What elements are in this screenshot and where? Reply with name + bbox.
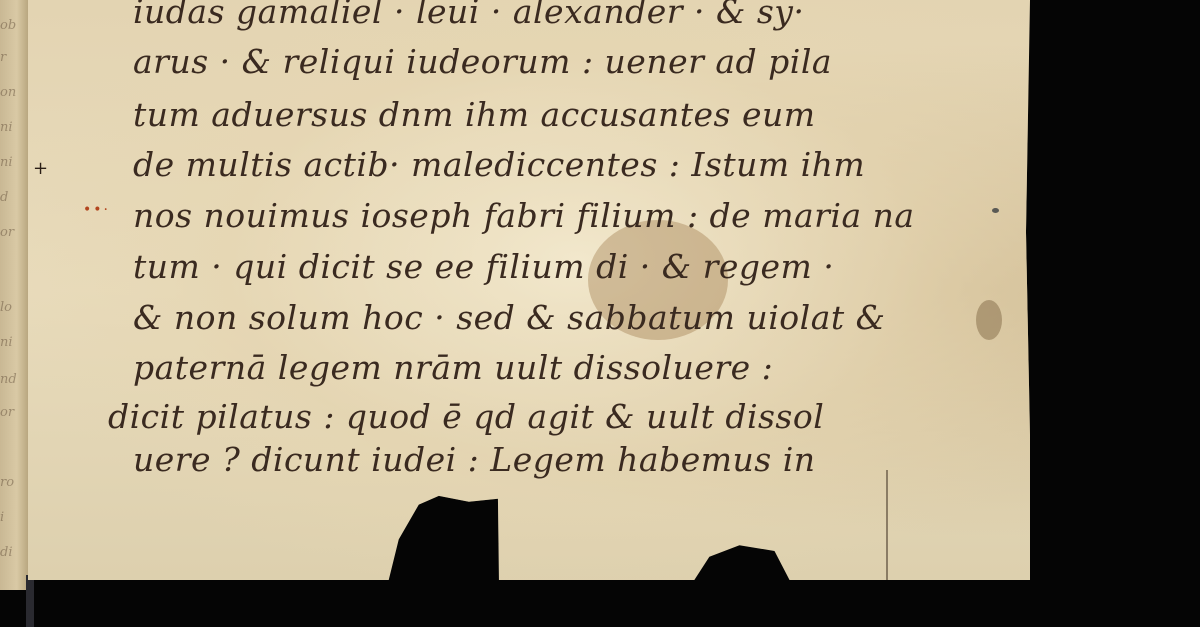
text-line: dicit pilatus : quod ē qd agit & uult di… <box>108 397 824 436</box>
facing-page-text: ni <box>0 155 26 170</box>
text-line: de multis actib· malediccentes : Istum i… <box>133 145 865 184</box>
margin-cross-mark: + <box>33 158 48 179</box>
facing-page-text: ni <box>0 335 26 350</box>
facing-page-text: ob <box>0 18 26 33</box>
text-line: & non solum hoc · sed & sabbatum uiolat … <box>133 298 886 337</box>
text-line: iudas gamaliel · leui · alexander · & sy… <box>133 0 804 31</box>
tear-line <box>886 470 888 580</box>
facing-page: ob r on ni ni d or lo ni nd or ro i di <box>0 0 29 590</box>
facing-page-text: on <box>0 85 26 100</box>
stain <box>976 300 1002 340</box>
facing-page-text: or <box>0 405 26 420</box>
text-line: tum aduersus dnm ihm accusantes eum <box>133 95 816 134</box>
facing-page-text: di <box>0 545 26 560</box>
facing-page-text: i <box>0 510 26 525</box>
facing-page-text: d <box>0 190 26 205</box>
facing-page-text: ro <box>0 475 26 490</box>
facing-page-text: ni <box>0 120 26 135</box>
text-line: paternā legem nrām uult dissoluere : <box>133 348 773 387</box>
binding-edge <box>26 575 34 627</box>
ink-speck <box>992 208 999 213</box>
facing-page-text: r <box>0 50 26 65</box>
text-line: tum · qui dicit se ee filium di · & rege… <box>133 247 834 286</box>
facing-page-text: or <box>0 225 26 240</box>
red-ink-dots: ••· <box>83 202 110 218</box>
text-line: nos nouimus ioseph fabri filium : de mar… <box>133 196 915 235</box>
manuscript-leaf: + ••· iudas gamaliel · leui · alexander … <box>28 0 1030 580</box>
text-line: arus · & reliqui iudeorum : uener ad pil… <box>133 42 832 81</box>
facing-page-text: nd <box>0 372 26 387</box>
text-line: uere ? dicunt iudei : Legem habemus in <box>133 440 816 479</box>
facing-page-text: lo <box>0 300 26 315</box>
